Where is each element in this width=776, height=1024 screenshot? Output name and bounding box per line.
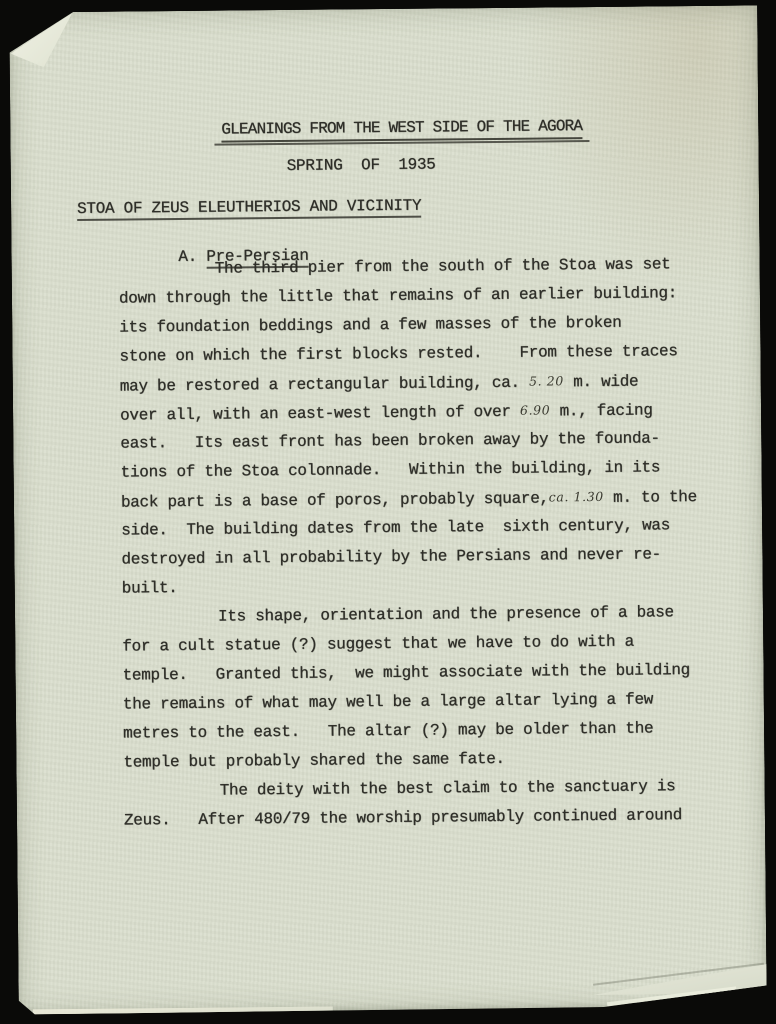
paper-bottom-edge — [33, 1007, 333, 1015]
document-page: GLEANINGS FROM THE WEST SIDE OF THE AGOR… — [9, 5, 767, 1014]
document-title: GLEANINGS FROM THE WEST SIDE OF THE AGOR… — [221, 117, 582, 142]
typed-text: m. wide — [564, 373, 639, 392]
typed-text: m., facing — [550, 401, 652, 420]
typed-text: for a cult statue (?) suggest that we ha… — [122, 633, 634, 656]
typed-text: temple. Granted this, we might associate… — [122, 661, 690, 684]
text-line: down through the little that remains of … — [119, 279, 719, 314]
typed-text: stone on which the first blocks rested. … — [119, 342, 677, 365]
folded-corner-top-left — [9, 12, 82, 71]
typed-text: the remains of what may well be a large … — [123, 690, 653, 713]
text-line: destroyed in all probability by the Pers… — [121, 540, 721, 575]
typed-text: temple but probably shared the same fate… — [123, 750, 505, 772]
handwritten-measurement: 5. 20 — [529, 373, 564, 388]
typed-text: Zeus. After 480/79 the worship presumabl… — [124, 806, 682, 829]
document-date-line: SPRING OF 1935 — [287, 156, 436, 175]
handwritten-measurement: 6.90 — [520, 402, 550, 417]
typed-text: down through the little that remains of … — [119, 284, 677, 307]
typed-text: m. to the — [604, 488, 697, 507]
typed-text: over all, with an east-west length of ov… — [120, 403, 520, 425]
typed-text: built. — [122, 579, 178, 598]
typed-text: Its shape, orientation and the presence … — [218, 603, 674, 625]
typed-text: side. The building dates from the late s… — [121, 516, 670, 539]
typed-text: east. Its east front has been broken awa… — [120, 429, 660, 452]
section-heading: STOA OF ZEUS ELEUTHERIOS AND VICINITY — [77, 197, 421, 221]
title-row: GLEANINGS FROM THE WEST SIDE OF THE AGOR… — [221, 117, 582, 142]
scan-background: GLEANINGS FROM THE WEST SIDE OF THE AGOR… — [0, 0, 776, 1024]
folded-corner-bottom-right — [592, 963, 770, 995]
typed-text: its foundation beddings and a few masses… — [119, 314, 621, 337]
handwritten-measurement: ca. 1.30 — [549, 489, 604, 505]
body-text: The third pier from the south of the Sto… — [119, 250, 725, 836]
typed-text: back part is a base of poros, probably s… — [121, 489, 549, 511]
text-line: metres to the east. The altar (?) may be… — [123, 714, 723, 749]
typed-text: destroyed in all probability by the Pers… — [121, 545, 661, 568]
text-line: Zeus. After 480/79 the worship presumabl… — [124, 801, 724, 836]
typed-text: The deity with the best claim to the san… — [220, 777, 676, 799]
typed-text: may be restored a rectangular building, … — [120, 374, 529, 396]
typed-text: The third pier from the south of the Sto… — [215, 255, 671, 277]
typed-text: metres to the east. The altar (?) may be… — [123, 719, 653, 742]
typed-text: tions of the Stoa colonnade. Within the … — [121, 458, 661, 481]
